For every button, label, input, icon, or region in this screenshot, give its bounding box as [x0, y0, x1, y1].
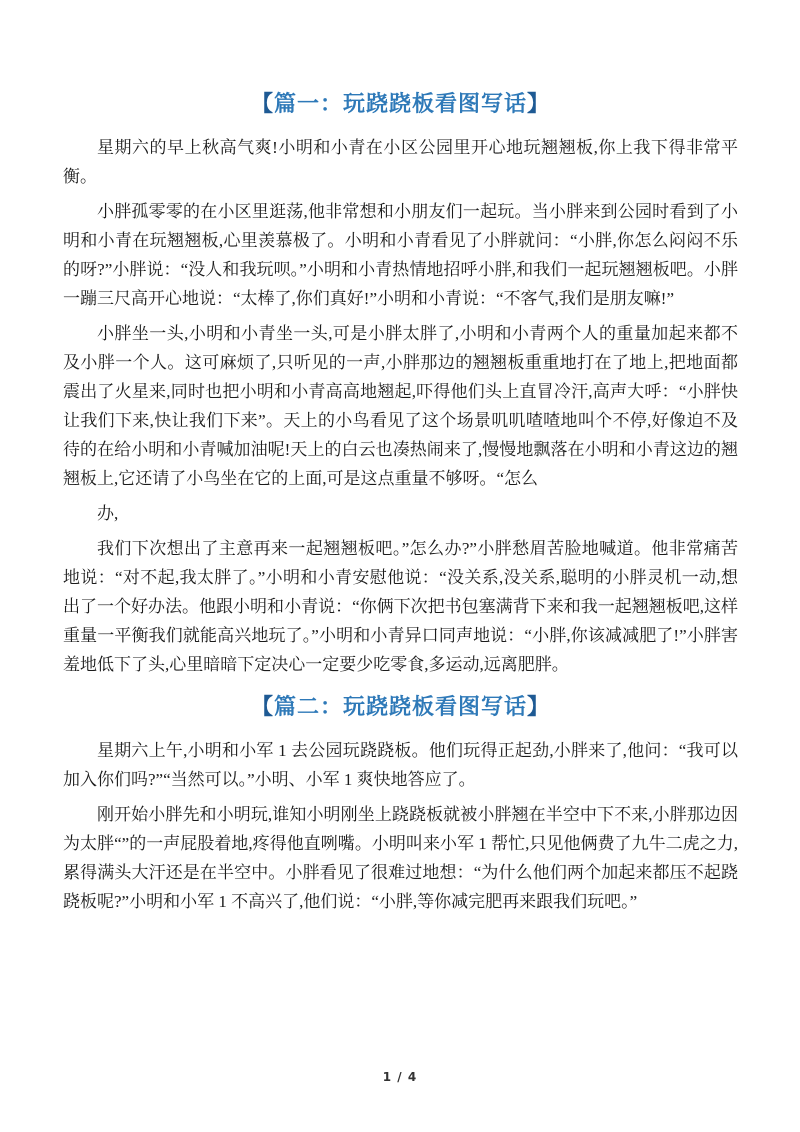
paragraph: 星期六的早上秋高气爽!小明和小青在小区公园里开心地玩翘翘板,你上我下得非常平衡。: [63, 133, 738, 191]
section-2-title: 【篇二：玩跷跷板看图写话】: [63, 693, 738, 721]
section-1-title: 【篇一：玩跷跷板看图写话】: [63, 90, 738, 118]
title-close-bracket: 】: [527, 91, 550, 116]
document-content: 【篇一：玩跷跷板看图写话】 星期六的早上秋高气爽!小明和小青在小区公园里开心地玩…: [0, 0, 800, 916]
document-page: 【篇一：玩跷跷板看图写话】 星期六的早上秋高气爽!小明和小青在小区公园里开心地玩…: [0, 0, 800, 1132]
paragraph: 星期六上午,小明和小军 1 去公园玩跷跷板。他们玩得正起劲,小胖来了,他问：“我…: [63, 736, 738, 794]
title-open-bracket: 【: [251, 694, 274, 719]
paragraph: 小胖孤零零的在小区里逛荡,他非常想和小朋友们一起玩。当小胖来到公园时看到了小明和…: [63, 197, 738, 313]
paragraph: 办,: [63, 499, 738, 528]
title-open-bracket: 【: [251, 91, 274, 116]
title-close-bracket: 】: [527, 694, 550, 719]
page-number: 1 / 4: [0, 1070, 800, 1084]
paragraph: 小胖坐一头,小明和小青坐一头,可是小胖太胖了,小明和小青两个人的重量加起来都不及…: [63, 319, 738, 493]
section-2-title-text: 篇二：玩跷跷板看图写话: [274, 694, 527, 719]
paragraph: 我们下次想出了主意再来一起翘翘板吧。”怎么办?”小胖愁眉苦脸地喊道。他非常痛苦地…: [63, 534, 738, 679]
section-1-title-text: 篇一：玩跷跷板看图写话: [274, 91, 527, 116]
paragraph: 刚开始小胖先和小明玩,谁知小明刚坐上跷跷板就被小胖翘在半空中下不来,小胖那边因为…: [63, 800, 738, 916]
